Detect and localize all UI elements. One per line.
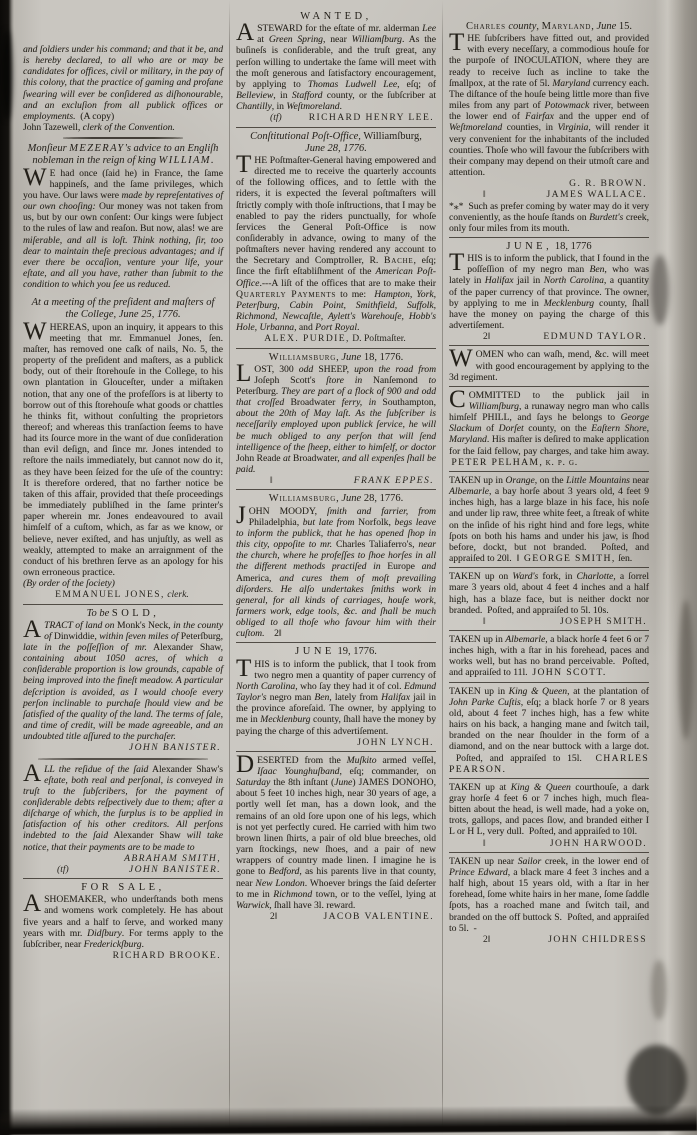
ad-body: ATRACT of land on Monk's Neck, in the co… [23, 620, 223, 743]
footnote-mark: ‖ [483, 189, 486, 200]
signature-name: JACOB VALENTINE. [323, 911, 436, 922]
signature-name: JOHN HARWOOD. [550, 838, 649, 849]
footnote-mark: ‖ [483, 616, 486, 627]
drop-cap: T [236, 659, 254, 679]
inoculation-note: *⁎* Such as prefer coming by water may d… [449, 201, 649, 234]
section-rule [236, 127, 436, 128]
section-rule [449, 237, 649, 238]
scan-stain [627, 1045, 687, 1115]
page-edge-bottom [0, 1105, 697, 1135]
john-moody-smith-ad: Williamsburg, June 28, 1776.JOHN MOODY, … [236, 493, 436, 639]
section-rule [236, 348, 436, 349]
ad-body: THE ſubſcribers have fitted out, and pro… [449, 33, 649, 178]
ad-heading: nobleman in the reign of king WILLIAM. [23, 155, 223, 166]
ad-heading: FOR SALE, [23, 882, 223, 893]
taken-up-wards-fork: TAKEN up on Ward's fork, in Charlotte, a… [449, 571, 649, 627]
columns-area: and ſoldiers under his command; and that… [17, 0, 655, 1135]
signature-line: 2‖EDMUND TAYLOR. [449, 331, 649, 342]
ad-body: *⁎* Such as prefer coming by water may d… [449, 201, 649, 234]
ad-heading: JUNE 19, 1776. [236, 646, 436, 657]
taken-up-sailor-creek: TAKEN up near Sailor creek, in the lower… [449, 856, 649, 945]
signature-line: JOHN LYNCH. [236, 737, 436, 748]
section-rule [38, 758, 208, 760]
ad-body: WHEREAS, upon an inquiry, it appears to … [23, 322, 223, 590]
drop-cap: A [23, 894, 44, 914]
signature-line: ‖JOSEPH SMITH. [449, 616, 649, 627]
committed-jail-notice: COMMITTED to the publick jail in William… [449, 390, 649, 468]
mezeray-advice: Monſieur MEZERAY's advice to an Engliſhn… [23, 143, 223, 290]
ad-body: LOST, 300 odd SHEEP, upon the road from … [236, 364, 436, 476]
column-middle: WANTED,ASTEWARD for the eſtate of mr. al… [230, 0, 442, 1135]
drop-cap: W [23, 168, 50, 188]
ad-heading: WANTED, [236, 11, 436, 22]
ad-body: THIS is to inform the publick, that I fo… [449, 253, 649, 331]
ad-body: TAKEN up in Albemarle, a black horſe 4 f… [449, 634, 649, 679]
ad-body: JOHN MOODY, ſmith and farrier, from Phil… [236, 506, 436, 640]
signature-name: JAMES WALLACE. [547, 189, 649, 200]
ad-body: COMMITTED to the publick jail in William… [449, 390, 649, 468]
ad-heading: Conſtitutional Poſt-Office, Williamſburg… [236, 131, 436, 142]
signature-line: (tf)RICHARD HENRY LEE. [236, 112, 436, 123]
signature-name: ABRAHAM SMITH, [124, 853, 223, 864]
section-rule [449, 778, 649, 779]
signature-line: 2‖JOHN CHILDRESS [449, 934, 649, 945]
drop-cap: A [23, 764, 44, 784]
signature-name: RICHARD BROOKE. [113, 950, 223, 961]
ad-body: and ſoldiers under his command; and that… [23, 44, 223, 133]
ad-body: DESERTED from the Muſkito armed veſſel, … [236, 755, 436, 911]
signature-line: EMMANUEL JONES, clerk. [23, 589, 223, 600]
section-rule [236, 642, 436, 643]
section-rule [449, 345, 649, 346]
deserter-ad: DESERTED from the Muſkito armed veſſel, … [236, 755, 436, 922]
scan-stain [651, 255, 669, 325]
section-rule [449, 852, 649, 853]
ad-body: ASTEWARD for the eſtate of mr. alderman … [236, 23, 436, 112]
ad-heading: June 28, 1776. [236, 143, 436, 154]
signature-line: ALEX. PURDIE, D. Poſtmaſter. [236, 333, 436, 344]
land-sale-ad: To be SOLD,ATRACT of land on Monk's Neck… [23, 608, 223, 754]
nc-currency-notice-taylor: JUNE, 18, 1776THIS is to inform the publ… [449, 241, 649, 342]
ad-body: ASHOEMAKER, who underſtands both mens an… [23, 894, 223, 950]
nc-currency-notice-lynch: JUNE 19, 1776.THIS is to inform the publ… [236, 646, 436, 747]
taken-up-king-queen-custis: TAKEN up in King & Queen, at the plantat… [449, 686, 649, 775]
footnote-mark: 2‖ [483, 934, 491, 945]
section-rule [63, 137, 183, 139]
college-meeting-notice: At a meeting of the preſident and maſter… [23, 297, 223, 600]
page-edge-left [0, 0, 14, 1135]
drop-cap: D [236, 755, 257, 775]
signature-name: ALEX. PURDIE, D. Poſtmaſter. [264, 333, 408, 344]
signature-line: ‖JAMES WALLACE. [449, 189, 649, 200]
signature-name: JOHN CHILDRESS [548, 934, 649, 945]
section-rule [449, 682, 649, 683]
footnote-mark: ‖ [270, 475, 273, 486]
drop-cap: A [23, 620, 44, 640]
section-rule [236, 489, 436, 490]
section-rule [236, 751, 436, 752]
column-left: and ſoldiers under his command; and that… [17, 0, 229, 1135]
signature-name: G. R. BROWN. [569, 178, 649, 189]
drop-cap: T [449, 33, 467, 53]
ad-body: TAKEN up near Sailor creek, in the lower… [449, 856, 649, 934]
signature-name: JOHN LYNCH. [357, 737, 436, 748]
ad-heading: Monſieur MEZERAY's advice to an Engliſh [23, 143, 223, 154]
taken-up-albemarle: TAKEN up in Albemarle, a black horſe 4 f… [449, 634, 649, 679]
signature-line: JOHN BANISTER. [23, 742, 223, 753]
signature-line: ‖JOHN HARWOOD. [449, 838, 649, 849]
signature-name: FRANK EPPES. [354, 475, 436, 486]
ad-body: WOMEN who can waſh, mend, &c. will meet … [449, 349, 649, 382]
footnote-mark: ‖ [483, 838, 486, 849]
section-rule [449, 471, 649, 472]
footnote-mark: (tf) [57, 864, 69, 875]
taken-up-orange: TAKEN up in Orange, on the Little Mounta… [449, 475, 649, 564]
signature-line: ABRAHAM SMITH, [23, 853, 223, 864]
post-office-notice: Conſtitutional Poſt-Office, Williamſburg… [236, 131, 436, 345]
ad-body: WE had once (ſaid he) in France, the ſam… [23, 168, 223, 291]
signature-name: JOHN BANISTER. [129, 864, 223, 875]
section-rule [449, 567, 649, 568]
drop-cap: T [236, 155, 254, 175]
ad-heading: To be SOLD, [23, 608, 223, 619]
signature-line: G. R. BROWN. [449, 178, 649, 189]
shoemaker-sale-ad: FOR SALE,ASHOEMAKER, who underſtands bot… [23, 882, 223, 961]
section-rule [449, 386, 649, 387]
women-wash-notice: WOMEN who can waſh, mend, &c. will meet … [449, 349, 649, 382]
drop-cap: T [449, 253, 467, 273]
section-rule [23, 604, 223, 605]
steward-wanted-ad: WANTED,ASTEWARD for the eſtate of mr. al… [236, 11, 436, 124]
signature-name: JOHN BANISTER. [129, 742, 223, 753]
ad-heading: the College, June 25, 1776. [23, 309, 223, 320]
signature-line: 2‖JACOB VALENTINE. [236, 911, 436, 922]
drop-cap: C [449, 390, 469, 410]
shaw-estate-notice: ALL the reſidue of the ſaid Alexander Sh… [23, 764, 223, 876]
lost-sheep-ad: Williamsburg, June 18, 1776.LOST, 300 od… [236, 352, 436, 487]
footnote-mark: 2‖ [270, 911, 278, 922]
inoculation-ad: Charles county, Maryland, June 15.THE ſu… [449, 21, 649, 201]
signature-name: RICHARD HENRY LEE. [309, 112, 436, 123]
footnote-mark: (tf) [270, 112, 282, 123]
ad-heading: Charles county, Maryland, June 15. [449, 21, 649, 32]
drop-cap: J [236, 506, 249, 526]
taken-up-king-queen-courthouse: TAKEN up at King & Queen courthouſe, a d… [449, 782, 649, 849]
signature-line: ‖FRANK EPPES. [236, 475, 436, 486]
section-rule [23, 878, 223, 879]
ad-heading: Williamsburg, June 18, 1776. [236, 352, 436, 363]
signature-line: RICHARD BROOKE. [23, 950, 223, 961]
drop-cap: L [236, 364, 254, 384]
section-rule [449, 630, 649, 631]
scan-stain [2, 30, 12, 120]
footnote-mark: 2‖ [483, 331, 491, 342]
newspaper-page: and ſoldiers under his command; and that… [0, 0, 697, 1135]
drop-cap: W [23, 322, 50, 342]
ad-body: TAKEN up in King & Queen, at the plantat… [449, 686, 649, 775]
signature-name: JOSEPH SMITH. [560, 616, 649, 627]
signature-name: EMMANUEL JONES, clerk. [55, 589, 191, 600]
signature-line: (tf)JOHN BANISTER. [23, 864, 223, 875]
ad-body: TAKEN up in Orange, on the Little Mounta… [449, 475, 649, 564]
ad-body: TAKEN up on Ward's fork, in Charlotte, a… [449, 571, 649, 616]
ad-heading: Williamsburg, June 28, 1776. [236, 493, 436, 504]
ad-heading: JUNE, 18, 1776 [449, 241, 649, 252]
drop-cap: W [449, 349, 476, 369]
convention-resolution: and ſoldiers under his command; and that… [23, 44, 223, 133]
signature-name: EDMUND TAYLOR. [543, 331, 649, 342]
ad-body: THIS is to inform the publick, that I to… [236, 659, 436, 737]
ad-body: TAKEN up at King & Queen courthouſe, a d… [449, 782, 649, 838]
ad-body: ALL the reſidue of the ſaid Alexander Sh… [23, 764, 223, 853]
ad-body: THE Poſtmaſter-General having empowered … [236, 155, 436, 334]
drop-cap: A [236, 23, 257, 43]
ad-heading: At a meeting of the preſident and maſter… [23, 297, 223, 308]
scan-stain [679, 600, 693, 740]
scan-stain [651, 960, 667, 1020]
column-right: Charles county, Maryland, June 15.THE ſu… [443, 0, 655, 1135]
